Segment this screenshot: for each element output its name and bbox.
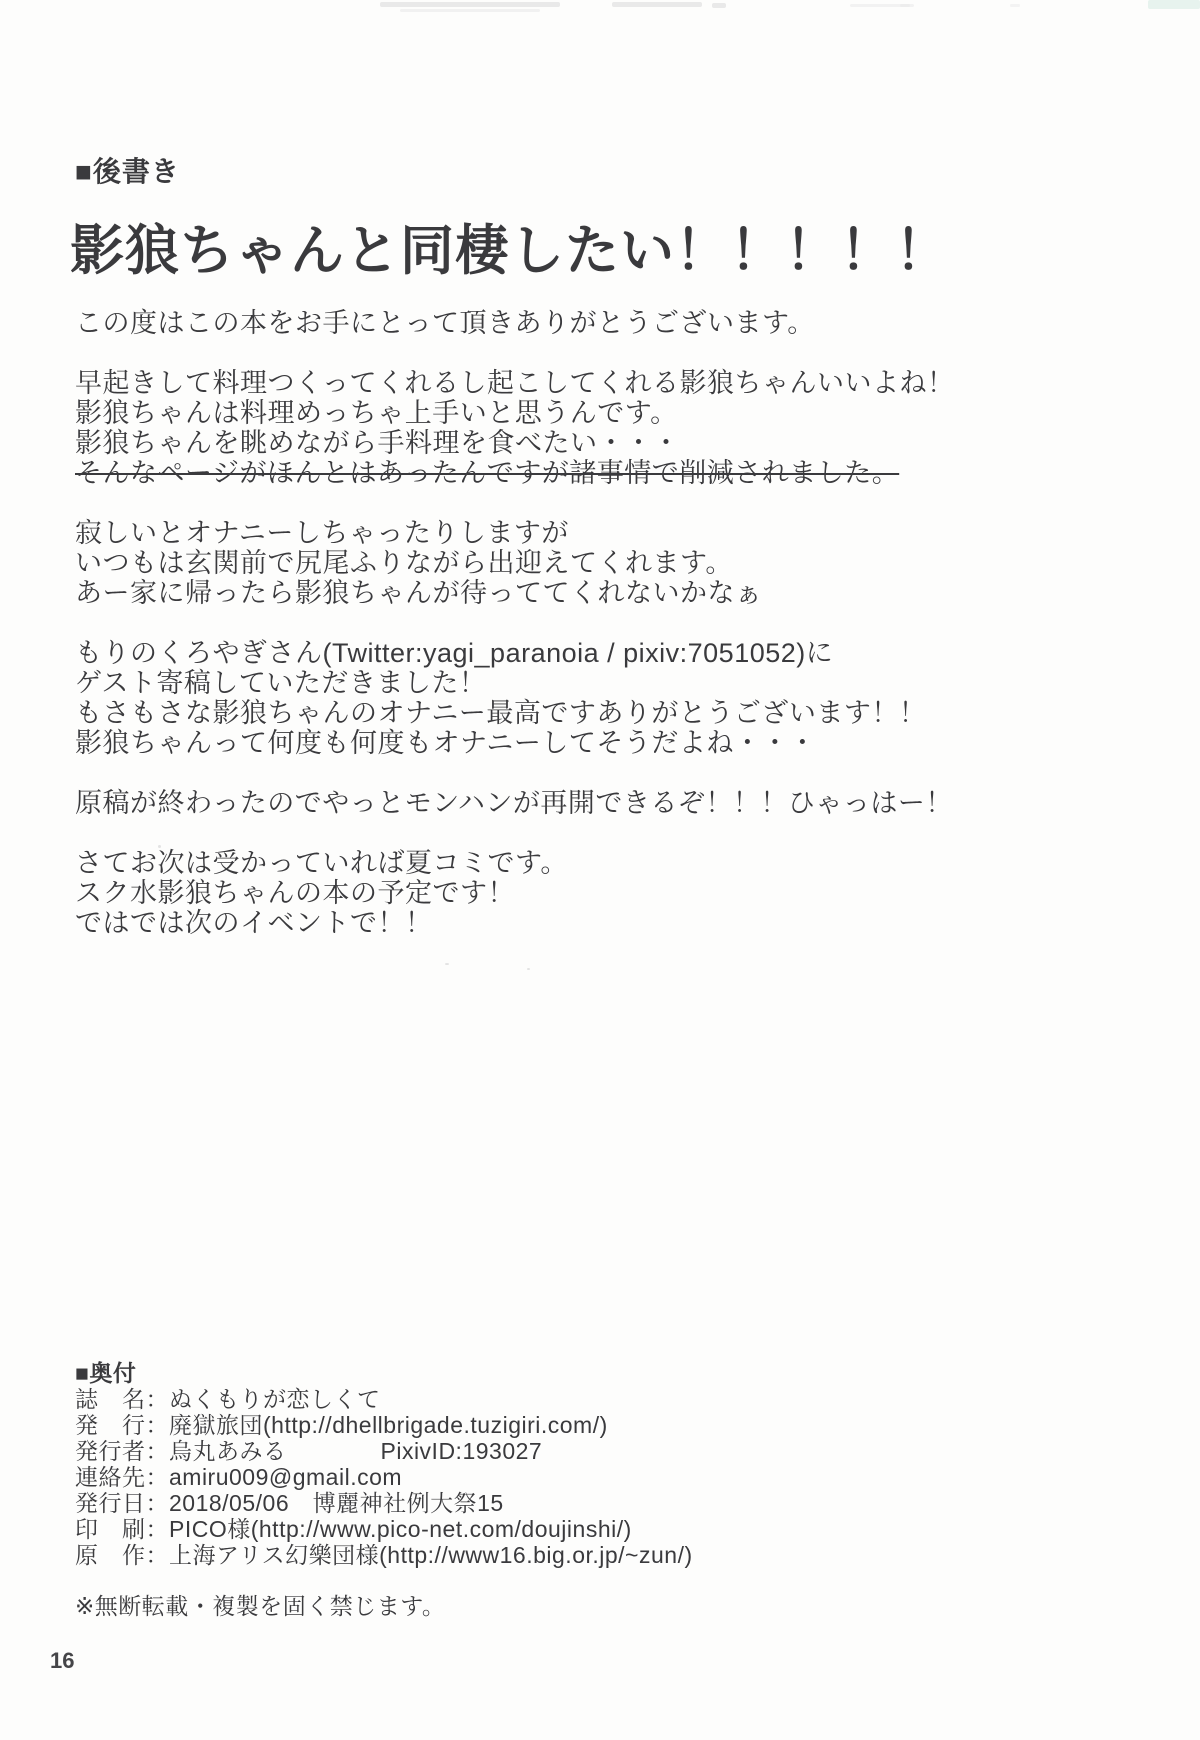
colophon-row-publisher: 発 行：廃獄旅団(http://dhellbrigade.tuzigiri.co… (75, 1412, 693, 1438)
afterword-line: 原稿が終わったのでやっとモンハンが再開できるぞ！！！ひゃっはー！ (75, 788, 954, 818)
colophon-label: 誌 名： (75, 1386, 169, 1412)
scan-smudge (1148, 0, 1200, 9)
colophon-value: 廃獄旅団(http://dhellbrigade.tuzigiri.com/) (169, 1412, 608, 1438)
afterword-paragraph: さてお次は受かっていれば夏コミです。 スク水影狼ちゃんの本の予定です！ ではでは… (75, 848, 954, 938)
afterword-line: 影狼ちゃんって何度も何度もオナニーしてそうだよね・・・ (75, 728, 954, 758)
afterword-title: 影狼ちゃんと同棲したい！！！！！ (70, 208, 950, 285)
colophon-row-date: 発行日：2018/05/06 博麗神社例大祭15 (75, 1490, 693, 1516)
scan-smudge (1010, 4, 1020, 7)
afterword-body: この度はこの本をお手にとって頂きありがとうございます。 早起きして料理つくってく… (75, 308, 954, 968)
scan-smudge (900, 4, 914, 7)
afterword-line-struck: そんなページがほんとはあったんですが諸事情で削減されました。 (75, 458, 954, 488)
colophon: ■奥付 誌 名：ぬくもりが恋しくて 発 行：廃獄旅団(http://dhellb… (75, 1360, 693, 1568)
afterword-line: スク水影狼ちゃんの本の予定です！ (75, 878, 954, 908)
colophon-row-printer: 印 刷：PICO様(http://www.pico-net.com/doujin… (75, 1516, 693, 1542)
afterword-line: ではでは次のイベントで！！ (75, 908, 954, 938)
colophon-label: 連絡先： (75, 1464, 169, 1490)
afterword-line: もさもさな影狼ちゃんのオナニー最高ですありがとうございます！！ (75, 698, 954, 728)
afterword-line: いつもは玄関前で尻尾ふりながら出迎えてくれます。 (75, 548, 954, 578)
afterword-line: 影狼ちゃんを眺めながら手料理を食べたい・・・ (75, 428, 954, 458)
page-number: 16 (50, 1648, 74, 1674)
colophon-value: 上海アリス幻樂団様(http://www16.big.or.jp/~zun/) (169, 1542, 693, 1568)
scan-smudge (400, 9, 540, 12)
colophon-row-title: 誌 名：ぬくもりが恋しくて (75, 1386, 693, 1412)
colophon-value: PICO様(http://www.pico-net.com/doujinshi/… (169, 1516, 632, 1542)
scan-speck (527, 968, 530, 970)
colophon-row-author: 発行者：烏丸あみる PixivID:193027 (75, 1438, 693, 1464)
colophon-value: amiru009@gmail.com (169, 1464, 402, 1490)
colophon-row-original: 原 作：上海アリス幻樂団様(http://www16.big.or.jp/~zu… (75, 1542, 693, 1568)
afterword-line: さてお次は受かっていれば夏コミです。 (75, 848, 954, 878)
colophon-value: 2018/05/06 博麗神社例大祭15 (169, 1490, 504, 1516)
afterword-line: 影狼ちゃんは料理めっちゃ上手いと思うんです。 (75, 398, 954, 428)
colophon-value: ぬくもりが恋しくて (169, 1386, 381, 1412)
scan-smudge (380, 2, 560, 7)
colophon-label: 発行者： (75, 1438, 169, 1464)
afterword-paragraph: もりのくろやぎさん(Twitter:yagi_paranoia / pixiv:… (75, 638, 954, 758)
afterword-section-heading: ■後書き (75, 150, 180, 190)
colophon-label: 印 刷： (75, 1516, 169, 1542)
scan-smudge (712, 3, 726, 8)
afterword-paragraph: この度はこの本をお手にとって頂きありがとうございます。 (75, 308, 954, 338)
afterword-line: もりのくろやぎさん(Twitter:yagi_paranoia / pixiv:… (75, 638, 954, 668)
afterword-paragraph: 寂しいとオナニーしちゃったりしますが いつもは玄関前で尻尾ふりながら出迎えてくれ… (75, 518, 954, 608)
scanned-doujin-afterword-page: ■後書き 影狼ちゃんと同棲したい！！！！！ この度はこの本をお手にとって頂きあり… (0, 0, 1200, 1740)
afterword-paragraph: 早起きして料理つくってくれるし起こしてくれる影狼ちゃんいいよね！ 影狼ちゃんは料… (75, 368, 954, 488)
scan-smudge (612, 2, 702, 7)
colophon-row-contact: 連絡先：amiru009@gmail.com (75, 1464, 693, 1490)
afterword-line: ゲスト寄稿していただきました！ (75, 668, 954, 698)
afterword-line: 寂しいとオナニーしちゃったりしますが (75, 518, 954, 548)
colophon-label: 原 作： (75, 1542, 169, 1568)
afterword-line: 早起きして料理つくってくれるし起こしてくれる影狼ちゃんいいよね！ (75, 368, 954, 398)
colophon-value: 烏丸あみる PixivID:193027 (169, 1438, 542, 1464)
reprint-prohibition-notice: ※無断転載・複製を固く禁じます。 (75, 1588, 445, 1621)
afterword-paragraph: 原稿が終わったのでやっとモンハンが再開できるぞ！！！ひゃっはー！ (75, 788, 954, 818)
colophon-label: 発行日： (75, 1490, 169, 1516)
colophon-label: 発 行： (75, 1412, 169, 1438)
afterword-line: あー家に帰ったら影狼ちゃんが待っててくれないかなぁ (75, 578, 954, 608)
colophon-heading: ■奥付 (75, 1360, 693, 1386)
afterword-line: この度はこの本をお手にとって頂きありがとうございます。 (75, 308, 954, 338)
